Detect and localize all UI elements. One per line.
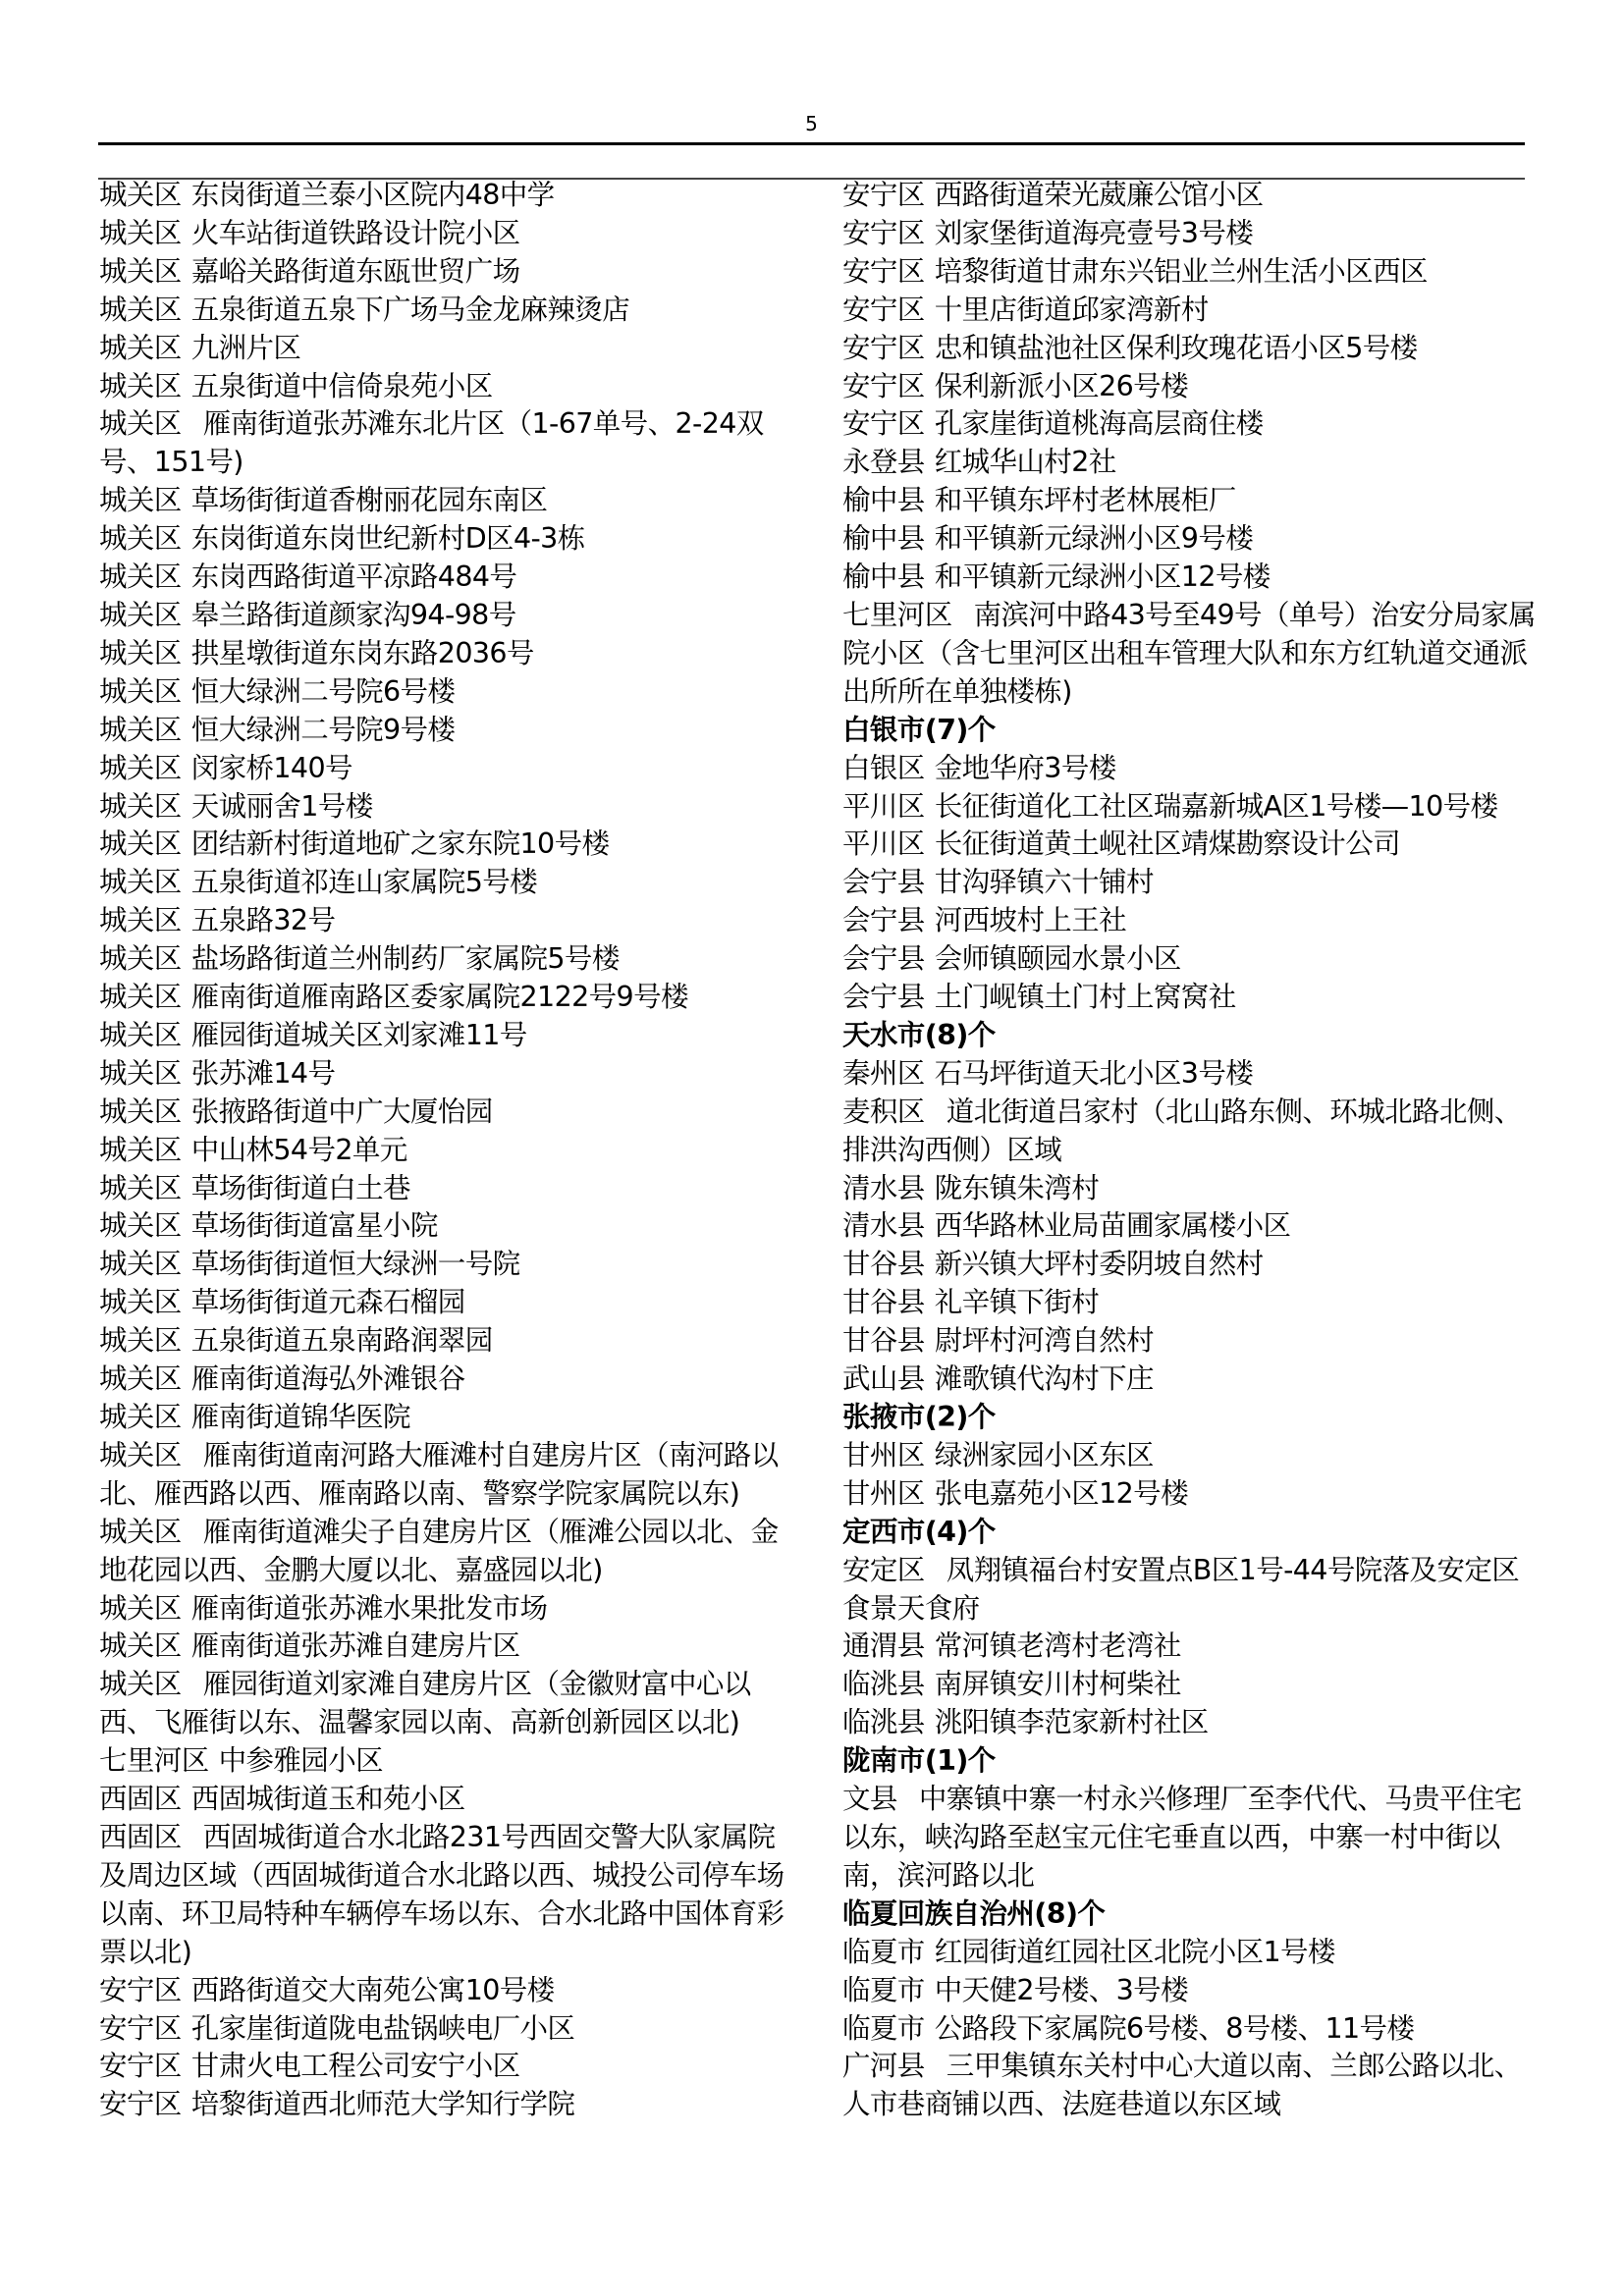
list-item: 通渭县常河镇老湾村老湾社 — [842, 1628, 1536, 1666]
district-name: 麦积区 — [842, 1095, 925, 1128]
address-text: 绿洲家园小区东区 — [935, 1439, 1154, 1471]
district-name: 安宁区 — [842, 332, 925, 364]
address-text: 尉坪村河湾自然村 — [935, 1324, 1154, 1357]
district-name: 城关区 — [99, 942, 182, 975]
list-item: 城关区中山林54号2单元 — [99, 1132, 796, 1170]
list-item: 会宁县会师镇颐园水景小区 — [842, 940, 1536, 979]
list-item: 清水县陇东镇朱湾村 — [842, 1170, 1536, 1208]
address-text: 和平镇东坪村老林展柜厂 — [935, 484, 1236, 516]
district-name: 清水县 — [842, 1172, 925, 1204]
address-text: 东岗街道东岗世纪新村D区4-3栋 — [191, 522, 585, 555]
district-name: 城关区 — [99, 981, 182, 1013]
district-name: 城关区 — [99, 790, 182, 823]
district-name: 城关区 — [99, 1362, 182, 1395]
region-heading: 张掖市(2)个 — [842, 1399, 1536, 1437]
district-name: 安宁区 — [99, 1974, 182, 2006]
address-text: 雁南街道滩尖子自建房片区（雁滩公园以北、金地花园以西、金鹏大厦以北、嘉盛园以北) — [99, 1516, 779, 1586]
district-name: 城关区 — [99, 255, 182, 288]
list-item: 文县中寨镇中寨一村永兴修理厂至李代代、马贵平住宅以东，峡沟路至赵宝元住宅垂直以西… — [842, 1781, 1536, 1896]
address-text: 培黎街道甘肃东兴铝业兰州生活小区西区 — [935, 255, 1428, 288]
list-item: 安宁区忠和镇盐池社区保利玫瑰花语小区5号楼 — [842, 330, 1536, 368]
list-item: 临洮县洮阳镇李范家新村社区 — [842, 1704, 1536, 1742]
list-item: 城关区天诚丽舍1号楼 — [99, 788, 796, 827]
district-name: 平川区 — [842, 828, 925, 860]
address-text: 会师镇颐园水景小区 — [935, 942, 1181, 975]
address-text: 五泉街道中信倚泉苑小区 — [191, 370, 493, 402]
list-item: 安定区凤翔镇福台村安置点B区1号-44号院落及安定区食景天食府 — [842, 1552, 1536, 1629]
district-name: 秦州区 — [842, 1057, 925, 1090]
district-name: 榆中县 — [842, 484, 925, 516]
header-rule — [98, 142, 1525, 145]
district-name: 城关区 — [99, 294, 182, 326]
district-name: 城关区 — [99, 522, 182, 555]
list-item: 城关区东岗西路街道平凉路484号 — [99, 559, 796, 597]
list-item: 城关区闵家桥140号 — [99, 750, 796, 788]
address-text: 培黎街道西北师范大学知行学院 — [191, 2088, 575, 2120]
district-name: 城关区 — [99, 828, 182, 860]
district-name: 甘谷县 — [842, 1248, 925, 1280]
address-text: 张苏滩14号 — [191, 1057, 336, 1090]
district-name: 城关区 — [99, 1629, 182, 1662]
address-text: 张掖路街道中广大厦怡园 — [191, 1095, 493, 1128]
list-item: 安宁区刘家堡街道海亮壹号3号楼 — [842, 215, 1536, 253]
list-item: 城关区拱星墩街道东岗东路2036号 — [99, 635, 796, 673]
district-name: 会宁县 — [842, 866, 925, 898]
address-text: 甘沟驿镇六十铺村 — [935, 866, 1154, 898]
address-text: 西路街道交大南苑公寓10号楼 — [191, 1974, 555, 2006]
district-name: 文县 — [842, 1783, 897, 1815]
district-name: 城关区 — [99, 637, 182, 669]
address-text: 草场街街道恒大绿洲一号院 — [191, 1248, 520, 1280]
district-name: 城关区 — [99, 714, 182, 746]
district-name: 城关区 — [99, 1172, 182, 1204]
list-item: 榆中县和平镇新元绿洲小区9号楼 — [842, 520, 1536, 559]
list-item: 安宁区甘肃火电工程公司安宁小区 — [99, 2048, 796, 2086]
address-text: 西华路林业局苗圃家属楼小区 — [935, 1209, 1291, 1242]
address-text: 五泉路32号 — [191, 904, 336, 936]
list-item: 武山县滩歌镇代沟村下庄 — [842, 1361, 1536, 1399]
list-item: 城关区雁南街道锦华医院 — [99, 1399, 796, 1437]
district-name: 城关区 — [99, 599, 182, 631]
list-item: 安宁区十里店街道邱家湾新村 — [842, 292, 1536, 330]
district-name: 城关区 — [99, 332, 182, 364]
region-heading: 天水市(8)个 — [842, 1017, 1536, 1055]
list-item: 安宁区培黎街道西北师范大学知行学院 — [99, 2086, 796, 2124]
list-item: 榆中县和平镇新元绿洲小区12号楼 — [842, 559, 1536, 597]
list-item: 临夏市公路段下家属院6号楼、8号楼、11号楼 — [842, 2010, 1536, 2049]
address-text: 西固城街道合水北路231号西固交警大队家属院及周边区域（西固城街道合水北路以西、… — [99, 1821, 784, 1968]
address-text: 雁南街道雁南路区委家属院2122号9号楼 — [191, 981, 688, 1013]
address-text: 凤翔镇福台村安置点B区1号-44号院落及安定区食景天食府 — [842, 1554, 1519, 1625]
address-text: 公路段下家属院6号楼、8号楼、11号楼 — [935, 2012, 1415, 2045]
address-text: 五泉街道五泉下广场马金龙麻辣烫店 — [191, 294, 629, 326]
list-item: 榆中县和平镇东坪村老林展柜厂 — [842, 482, 1536, 520]
district-name: 会宁县 — [842, 942, 925, 975]
list-item: 城关区五泉路32号 — [99, 902, 796, 940]
address-text: 红城华山村2社 — [935, 446, 1116, 478]
address-text: 草场街街道香榭丽花园东南区 — [191, 484, 548, 516]
district-name: 城关区 — [99, 1095, 182, 1128]
district-name: 白银区 — [842, 752, 925, 784]
district-name: 城关区 — [99, 179, 182, 211]
region-heading: 陇南市(1)个 — [842, 1742, 1536, 1781]
district-name: 城关区 — [99, 1209, 182, 1242]
district-name: 城关区 — [99, 1057, 182, 1090]
address-text: 闵家桥140号 — [191, 752, 352, 784]
district-name: 安宁区 — [99, 2050, 182, 2082]
district-name: 平川区 — [842, 790, 925, 823]
district-name: 城关区 — [99, 1516, 182, 1548]
district-name: 甘谷县 — [842, 1324, 925, 1357]
address-text: 火车站街道铁路设计院小区 — [191, 217, 520, 249]
address-text: 五泉街道祁连山家属院5号楼 — [191, 866, 537, 898]
address-text: 东岗街道兰泰小区院内48中学 — [191, 179, 555, 211]
list-item: 城关区九洲片区 — [99, 330, 796, 368]
district-name: 城关区 — [99, 1286, 182, 1318]
address-text: 新兴镇大坪村委阴坡自然村 — [935, 1248, 1264, 1280]
district-name: 城关区 — [99, 484, 182, 516]
list-item: 城关区草场街街道白土巷 — [99, 1170, 796, 1208]
region-heading: 定西市(4)个 — [842, 1514, 1536, 1552]
district-name: 安宁区 — [842, 255, 925, 288]
address-text: 和平镇新元绿洲小区12号楼 — [935, 561, 1271, 593]
district-name: 通渭县 — [842, 1629, 925, 1662]
district-name: 城关区 — [99, 866, 182, 898]
address-text: 中参雅园小区 — [219, 1744, 383, 1777]
list-item: 城关区草场街街道恒大绿洲一号院 — [99, 1246, 796, 1284]
district-name: 城关区 — [99, 1134, 182, 1166]
list-item: 安宁区西路街道交大南苑公寓10号楼 — [99, 1972, 796, 2010]
list-item: 城关区雁南街道张苏滩东北片区（1-67单号、2-24双号、151号) — [99, 405, 796, 482]
list-item: 甘州区绿洲家园小区东区 — [842, 1437, 1536, 1475]
list-item: 城关区恒大绿洲二号院9号楼 — [99, 712, 796, 750]
district-name: 城关区 — [99, 1668, 182, 1700]
district-name: 安宁区 — [99, 2088, 182, 2120]
district-name: 城关区 — [99, 1401, 182, 1433]
address-text: 甘肃火电工程公司安宁小区 — [191, 2050, 520, 2082]
district-name: 会宁县 — [842, 904, 925, 936]
list-item: 安宁区培黎街道甘肃东兴铝业兰州生活小区西区 — [842, 253, 1536, 292]
address-text: 红园街道红园社区北院小区1号楼 — [935, 1936, 1335, 1968]
district-name: 会宁县 — [842, 981, 925, 1013]
list-item: 城关区雁南街道南河路大雁滩村自建房片区（南河路以北、雁西路以西、雁南路以南、警察… — [99, 1437, 796, 1514]
district-name: 临夏市 — [842, 1974, 925, 2006]
address-text: 洮阳镇李范家新村社区 — [935, 1706, 1209, 1738]
address-text: 陇东镇朱湾村 — [935, 1172, 1099, 1204]
district-name: 城关区 — [99, 407, 182, 440]
district-name: 西固区 — [99, 1783, 182, 1815]
address-text: 常河镇老湾村老湾社 — [935, 1629, 1181, 1662]
district-name: 武山县 — [842, 1362, 925, 1395]
address-text: 恒大绿洲二号院6号楼 — [191, 675, 456, 708]
list-item: 清水县西华路林业局苗圃家属楼小区 — [842, 1207, 1536, 1246]
list-item: 甘谷县礼辛镇下街村 — [842, 1284, 1536, 1322]
district-name: 榆中县 — [842, 522, 925, 555]
region-heading: 白银市(7)个 — [842, 712, 1536, 750]
district-name: 清水县 — [842, 1209, 925, 1242]
list-item: 城关区火车站街道铁路设计院小区 — [99, 215, 796, 253]
list-item: 城关区雁南街道张苏滩自建房片区 — [99, 1628, 796, 1666]
address-text: 土门岘镇土门村上窝窝社 — [935, 981, 1236, 1013]
list-item: 安宁区孔家崖街道陇电盐锅峡电厂小区 — [99, 2010, 796, 2049]
address-text: 雁南街道张苏滩自建房片区 — [191, 1629, 520, 1662]
list-item: 秦州区石马坪街道天北小区3号楼 — [842, 1055, 1536, 1094]
list-item: 城关区雁南街道张苏滩水果批发市场 — [99, 1590, 796, 1629]
district-name: 临洮县 — [842, 1668, 925, 1700]
list-item: 甘谷县尉坪村河湾自然村 — [842, 1322, 1536, 1361]
address-text: 天诚丽舍1号楼 — [191, 790, 373, 823]
address-text: 保利新派小区26号楼 — [935, 370, 1188, 402]
district-name: 城关区 — [99, 675, 182, 708]
address-text: 三甲集镇东关村中心大道以南、兰郎公路以北、人市巷商铺以西、法庭巷道以东区域 — [842, 2050, 1522, 2120]
district-name: 安宁区 — [842, 407, 925, 440]
district-name: 七里河区 — [842, 599, 952, 631]
district-name: 城关区 — [99, 217, 182, 249]
list-item: 安宁区孔家崖街道桃海高层商住楼 — [842, 405, 1536, 444]
list-item: 会宁县土门岘镇土门村上窝窝社 — [842, 979, 1536, 1017]
district-name: 城关区 — [99, 1248, 182, 1280]
address-text: 五泉街道五泉南路润翠园 — [191, 1324, 493, 1357]
list-item: 西固区西固城街道玉和苑小区 — [99, 1781, 796, 1819]
district-name: 安宁区 — [842, 179, 925, 211]
address-text: 草场街街道富星小院 — [191, 1209, 438, 1242]
address-text: 草场街街道元森石榴园 — [191, 1286, 465, 1318]
address-text: 西固城街道玉和苑小区 — [191, 1783, 465, 1815]
list-item: 临夏市中天健2号楼、3号楼 — [842, 1972, 1536, 2010]
address-text: 中天健2号楼、3号楼 — [935, 1974, 1188, 2006]
list-item: 城关区雁园街道城关区刘家滩11号 — [99, 1017, 796, 1055]
district-name: 临夏市 — [842, 1936, 925, 1968]
address-text: 礼辛镇下街村 — [935, 1286, 1099, 1318]
address-text: 孔家崖街道桃海高层商住楼 — [935, 407, 1264, 440]
district-name: 甘州区 — [842, 1477, 925, 1510]
address-text: 雁南街道海弘外滩银谷 — [191, 1362, 465, 1395]
district-name: 甘州区 — [842, 1439, 925, 1471]
list-item: 麦积区道北街道吕家村（北山路东侧、环城北路北侧、排洪沟西侧）区域 — [842, 1094, 1536, 1170]
list-item: 城关区嘉峪关路街道东瓯世贸广场 — [99, 253, 796, 292]
address-text: 道北街道吕家村（北山路东侧、环城北路北侧、排洪沟西侧）区域 — [842, 1095, 1522, 1166]
list-item: 临洮县南屏镇安川村柯柴社 — [842, 1666, 1536, 1704]
list-item: 白银区金地华府3号楼 — [842, 750, 1536, 788]
address-text: 孔家崖街道陇电盐锅峡电厂小区 — [191, 2012, 575, 2045]
list-item: 城关区团结新村街道地矿之家东院10号楼 — [99, 826, 796, 864]
list-item: 城关区雁园街道刘家滩自建房片区（金徽财富中心以西、飞雁街以东、温馨家园以南、高新… — [99, 1666, 796, 1742]
list-item: 西固区西固城街道合水北路231号西固交警大队家属院及周边区域（西固城街道合水北路… — [99, 1819, 796, 1972]
district-name: 城关区 — [99, 1324, 182, 1357]
list-item: 城关区五泉街道五泉南路润翠园 — [99, 1322, 796, 1361]
list-item: 城关区雁南街道海弘外滩银谷 — [99, 1361, 796, 1399]
list-item: 平川区长征街道黄土岘社区靖煤勘察设计公司 — [842, 826, 1536, 864]
address-text: 草场街街道白土巷 — [191, 1172, 410, 1204]
address-text: 雁园街道城关区刘家滩11号 — [191, 1019, 527, 1051]
list-item: 城关区五泉街道祁连山家属院5号楼 — [99, 864, 796, 902]
district-name: 临夏市 — [842, 2012, 925, 2045]
list-item: 甘谷县新兴镇大坪村委阴坡自然村 — [842, 1246, 1536, 1284]
address-text: 皋兰路街道颜家沟94-98号 — [191, 599, 516, 631]
list-item: 城关区张苏滩14号 — [99, 1055, 796, 1094]
district-name: 西固区 — [99, 1821, 182, 1853]
list-item: 城关区五泉街道中信倚泉苑小区 — [99, 368, 796, 406]
address-text: 嘉峪关路街道东瓯世贸广场 — [191, 255, 520, 288]
list-item: 城关区东岗街道兰泰小区院内48中学 — [99, 177, 796, 215]
list-item: 永登县红城华山村2社 — [842, 444, 1536, 482]
list-item: 城关区张掖路街道中广大厦怡园 — [99, 1094, 796, 1132]
address-text: 忠和镇盐池社区保利玫瑰花语小区5号楼 — [935, 332, 1418, 364]
address-text: 十里店街道邱家湾新村 — [935, 294, 1209, 326]
list-item: 平川区长征街道化工社区瑞嘉新城A区1号楼—10号楼 — [842, 788, 1536, 827]
address-text: 雁南街道张苏滩水果批发市场 — [191, 1592, 548, 1625]
district-name: 城关区 — [99, 904, 182, 936]
address-text: 长征街道黄土岘社区靖煤勘察设计公司 — [935, 828, 1400, 860]
address-text: 九洲片区 — [191, 332, 301, 364]
district-name: 城关区 — [99, 561, 182, 593]
list-item: 城关区草场街街道香榭丽花园东南区 — [99, 482, 796, 520]
address-text: 雁南街道锦华医院 — [191, 1401, 410, 1433]
address-text: 河西坡村上王社 — [935, 904, 1126, 936]
address-text: 恒大绿洲二号院9号楼 — [191, 714, 456, 746]
district-name: 甘谷县 — [842, 1286, 925, 1318]
district-name: 城关区 — [99, 1592, 182, 1625]
district-name: 永登县 — [842, 446, 925, 478]
address-text: 西路街道荣光葳廉公馆小区 — [935, 179, 1264, 211]
district-name: 城关区 — [99, 370, 182, 402]
region-heading: 临夏回族自治州(8)个 — [842, 1896, 1536, 1934]
address-text: 金地华府3号楼 — [935, 752, 1116, 784]
right-column: 安宁区西路街道荣光葳廉公馆小区安宁区刘家堡街道海亮壹号3号楼安宁区培黎街道甘肃东… — [842, 177, 1536, 2124]
address-text: 盐场路街道兰州制药厂家属院5号楼 — [191, 942, 620, 975]
district-name: 安宁区 — [842, 370, 925, 402]
district-name: 七里河区 — [99, 1744, 209, 1777]
district-name: 城关区 — [99, 1019, 182, 1051]
list-item: 临夏市红园街道红园社区北院小区1号楼 — [842, 1934, 1536, 1972]
list-item: 城关区草场街街道富星小院 — [99, 1207, 796, 1246]
list-item: 广河县三甲集镇东关村中心大道以南、兰郎公路以北、人市巷商铺以西、法庭巷道以东区域 — [842, 2048, 1536, 2124]
list-item: 城关区草场街街道元森石榴园 — [99, 1284, 796, 1322]
district-name: 安宁区 — [842, 294, 925, 326]
district-name: 安宁区 — [99, 2012, 182, 2045]
list-item: 城关区雁南街道雁南路区委家属院2122号9号楼 — [99, 979, 796, 1017]
district-name: 安宁区 — [842, 217, 925, 249]
left-column: 城关区东岗街道兰泰小区院内48中学城关区火车站街道铁路设计院小区城关区嘉峪关路街… — [99, 177, 796, 2124]
list-item: 七里河区南滨河中路43号至49号（单号）治安分局家属院小区（含七里河区出租车管理… — [842, 597, 1536, 712]
list-item: 城关区盐场路街道兰州制药厂家属院5号楼 — [99, 940, 796, 979]
district-name: 广河县 — [842, 2050, 925, 2082]
address-text: 滩歌镇代沟村下庄 — [935, 1362, 1154, 1395]
address-text: 东岗西路街道平凉路484号 — [191, 561, 517, 593]
address-text: 中山林54号2单元 — [191, 1134, 407, 1166]
district-name: 榆中县 — [842, 561, 925, 593]
district-name: 安定区 — [842, 1554, 925, 1586]
list-item: 会宁县甘沟驿镇六十铺村 — [842, 864, 1536, 902]
address-text: 张电嘉苑小区12号楼 — [935, 1477, 1188, 1510]
list-item: 安宁区保利新派小区26号楼 — [842, 368, 1536, 406]
list-item: 甘州区张电嘉苑小区12号楼 — [842, 1475, 1536, 1514]
address-text: 长征街道化工社区瑞嘉新城A区1号楼—10号楼 — [935, 790, 1498, 823]
page-number: 5 — [0, 112, 1623, 135]
address-text: 和平镇新元绿洲小区9号楼 — [935, 522, 1253, 555]
address-text: 中寨镇中寨一村永兴修理厂至李代代、马贵平住宅以东，峡沟路至赵宝元住宅垂直以西，中… — [842, 1783, 1522, 1892]
list-item: 安宁区西路街道荣光葳廉公馆小区 — [842, 177, 1536, 215]
list-item: 城关区雁南街道滩尖子自建房片区（雁滩公园以北、金地花园以西、金鹏大厦以北、嘉盛园… — [99, 1514, 796, 1590]
district-name: 城关区 — [99, 752, 182, 784]
address-text: 南屏镇安川村柯柴社 — [935, 1668, 1181, 1700]
list-item: 七里河区中参雅园小区 — [99, 1742, 796, 1781]
address-text: 雁南街道南河路大雁滩村自建房片区（南河路以北、雁西路以西、雁南路以南、警察学院家… — [99, 1439, 779, 1510]
district-name: 临洮县 — [842, 1706, 925, 1738]
address-text: 团结新村街道地矿之家东院10号楼 — [191, 828, 610, 860]
address-text: 拱星墩街道东岗东路2036号 — [191, 637, 534, 669]
address-text: 雁园街道刘家滩自建房片区（金徽财富中心以西、飞雁街以东、温馨家园以南、高新创新园… — [99, 1668, 751, 1738]
address-text: 雁南街道张苏滩东北片区（1-67单号、2-24双号、151号) — [99, 407, 764, 478]
list-item: 城关区五泉街道五泉下广场马金龙麻辣烫店 — [99, 292, 796, 330]
list-item: 会宁县河西坡村上王社 — [842, 902, 1536, 940]
address-text: 石马坪街道天北小区3号楼 — [935, 1057, 1253, 1090]
list-item: 城关区皋兰路街道颜家沟94-98号 — [99, 597, 796, 635]
district-name: 城关区 — [99, 1439, 182, 1471]
list-item: 城关区恒大绿洲二号院6号楼 — [99, 673, 796, 712]
list-item: 城关区东岗街道东岗世纪新村D区4-3栋 — [99, 520, 796, 559]
address-text: 刘家堡街道海亮壹号3号楼 — [935, 217, 1253, 249]
